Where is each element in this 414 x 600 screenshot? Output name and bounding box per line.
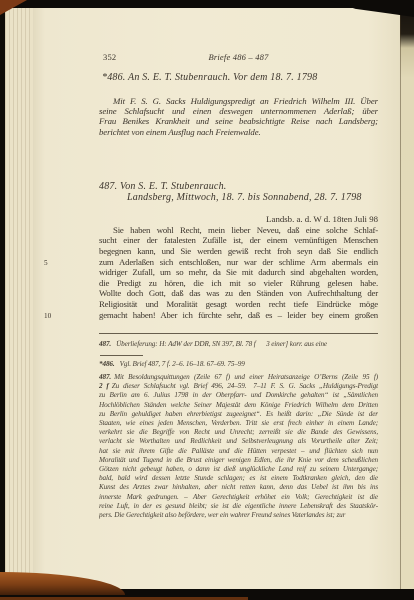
running-head: Briefe 486 – 487 <box>99 52 378 62</box>
commentary-line: hat sie mit ihrem Gifte die Palläste und… <box>99 447 378 456</box>
apparatus-ueberlieferung-text: Überlieferung: H: AdW der DDR, SN 397, B… <box>116 340 327 348</box>
commentary-line: bald, bald wird dessen letzte Stunde sch… <box>99 474 378 483</box>
letter-487-body: Sie haben wohl Recht, mein lieber Neveu,… <box>99 225 378 320</box>
commentary-line-text: Hochlöblichen Ständen welche Seiner Maje… <box>99 401 378 409</box>
page-edge-stack <box>5 7 36 590</box>
body-line: Sie haben wohl Recht, mein lieber Neveu,… <box>99 225 378 236</box>
body-line-text: gemacht haben! Aber ich fürchte sehr, da… <box>99 310 378 320</box>
commentary-line-text: Mit Besoldungsquittungen (Zeile 67 f) un… <box>114 373 378 381</box>
commentary-line-text: Moralität und Tugend in die Brust einige… <box>99 456 378 464</box>
summary-line: Mit F. S. G. Sacks Huldigungspredigt an … <box>99 96 378 106</box>
body-line: Religiosität und Moralität gesagt worden… <box>99 299 378 310</box>
body-line-text: begegnen kann, und Sie werden gewiß rech… <box>99 246 378 256</box>
commentary-line: zu Berlin am 6. Julius 1798 in der Oberp… <box>99 391 378 400</box>
summary-line: seine Schlafsucht und einen deswegen unt… <box>99 106 378 116</box>
summary-line: Frau Benikes Krankheit und seine beabsic… <box>99 116 378 126</box>
commentary-line: reine Luft, in der es gesund bleibt; sie… <box>99 502 378 511</box>
commentary-line: verkehrt sie die Begriffe von Recht und … <box>99 428 378 437</box>
apparatus-ueberlieferung: 487.Überlieferung: H: AdW der DDR, SN 39… <box>99 340 378 349</box>
commentary-line: Moralität und Tugend in die Brust einige… <box>99 456 378 465</box>
body-line: begegnen kann, und Sie werden gewiß rech… <box>99 246 378 257</box>
body-line: die Predigt zu hören, die ich mit so vie… <box>99 278 378 289</box>
commentary-line-text: reine Luft, in der es gesund bleibt; sie… <box>99 502 378 510</box>
commentary-ref: 487. <box>99 373 114 381</box>
apparatus-divider-rule <box>99 333 378 334</box>
apparatus-cross-reference-text: Vgl. Brief 487, 7 f. 2–6. 16–18. 67–69. … <box>120 360 245 368</box>
text-column: 352 Briefe 486 – 487 *486. An S. E. T. S… <box>99 8 378 520</box>
letter-486-heading: *486. An S. E. T. Stubenrauch. Vor dem 1… <box>99 72 378 85</box>
right-page-edge <box>400 8 414 590</box>
body-line-text: Religiosität und Moralität gesagt worden… <box>99 299 378 309</box>
body-line-text: widriger Zufall, um so mehr, da Sie mit … <box>99 267 378 277</box>
line-number: 10 <box>44 311 51 322</box>
commentary-line-text: Zu dieser Schlafsucht vgl. Brief 496, 24… <box>112 382 378 390</box>
commentary-line: pers. Die Gerechtigkeit also befördere, … <box>99 511 378 520</box>
commentary-line: verlacht sie Worthalten und Redlichkeit … <box>99 437 378 446</box>
page-header: 352 Briefe 486 – 487 <box>99 52 378 63</box>
letter-487-heading: 487. Von S. E. T. Stubenrauch. Landsberg… <box>99 181 378 204</box>
commentary-line-text: verkehrt sie die Begriffe von Recht und … <box>99 428 378 436</box>
body-line-text: Wollte doch Gott, daß das was zu den Stä… <box>99 288 378 298</box>
commentary-line-text: innerste Mark gedrungen. – Aber Gerechti… <box>99 493 378 501</box>
letter-487-heading-line1: 487. Von S. E. T. Stubenrauch. <box>99 181 378 193</box>
apparatus-letter-ref: 487. <box>99 340 116 348</box>
commentary-line-text: verlacht sie Worthalten und Redlichkeit … <box>99 437 378 445</box>
body-line-text: die Predigt zu hören, die ich mit so vie… <box>99 278 378 288</box>
letter-487-heading-line2: Landsberg, Mittwoch, 18. 7. bis Sonnaben… <box>99 192 378 204</box>
commentary-line: zu Berlin gehuldiget haben ehrerbietigst… <box>99 410 378 419</box>
body-line: Wollte doch Gott, daß das was zu den Stä… <box>99 288 378 299</box>
commentary-line: innerste Mark gedrungen. – Aber Gerechti… <box>99 493 378 502</box>
book-scan: 352 Briefe 486 – 487 *486. An S. E. T. S… <box>0 0 414 600</box>
commentary-line: Götzen nicht gebeugt haben, o dann ist d… <box>99 465 378 474</box>
commentary-line: Hochlöblichen Ständen welche Seiner Maje… <box>99 401 378 410</box>
commentary-line: 487.Mit Besoldungsquittungen (Zeile 67 f… <box>99 373 378 382</box>
commentary-ref: 2 f <box>99 382 112 390</box>
summary-line: berichtet von einem Ausflug nach Freienw… <box>99 127 378 137</box>
commentary-line: Staaten, wie eines jeden Menschen, Verde… <box>99 419 378 428</box>
letter-486-summary: Mit F. S. G. Sacks Huldigungspredigt an … <box>99 96 378 137</box>
apparatus-letter-ref: *486. <box>99 360 120 368</box>
commentary-line-text: pers. Die Gerechtigkeit also befördere, … <box>99 511 345 519</box>
body-line: widriger Zufall, um so mehr, da Sie mit … <box>99 267 378 278</box>
commentary-line-text: hat sie mit ihrem Gifte die Palläste und… <box>99 447 378 455</box>
book-page: 352 Briefe 486 – 487 *486. An S. E. T. S… <box>33 8 414 590</box>
body-line-text: zum Aderlaßen sich entschloßen, nur war … <box>99 257 378 267</box>
apparatus-section-rule <box>100 355 143 356</box>
commentary-line-text: bald, bald wird dessen letzte Stunde sch… <box>99 474 378 482</box>
commentary-line-text: Staaten, wie eines jeden Menschen, Verde… <box>99 419 378 427</box>
commentary-line-text: Götzen nicht gebeugt haben, o dann ist d… <box>99 465 378 473</box>
commentary-line: Kunst des Arztes zwar hinhalten, aber ni… <box>99 483 378 492</box>
body-line-text: Sie haben wohl Recht, mein lieber Neveu,… <box>113 225 378 235</box>
apparatus-commentary: 487.Mit Besoldungsquittungen (Zeile 67 f… <box>99 373 378 520</box>
letter-487-dateline: Landsb. a. d. W d. 18ten Juli 98 <box>99 214 378 225</box>
page-number: 352 <box>103 52 116 62</box>
line-number: 5 <box>44 258 48 269</box>
body-line: 5zum Aderlaßen sich entschloßen, nur war… <box>99 257 378 268</box>
commentary-line-text: Kunst des Arztes zwar hinhalten, aber ni… <box>99 483 378 491</box>
commentary-line-text: zu Berlin am 6. Julius 1798 in der Oberp… <box>99 391 378 399</box>
body-line-text: sucht einer der fatalesten Zufälle ist, … <box>99 235 378 245</box>
commentary-line: 2 fZu dieser Schlafsucht vgl. Brief 496,… <box>99 382 378 391</box>
commentary-line-text: zu Berlin gehuldiget haben ehrerbietigst… <box>99 410 378 418</box>
body-line: sucht einer der fatalesten Zufälle ist, … <box>99 235 378 246</box>
body-line: 10gemacht haben! Aber ich fürchte sehr, … <box>99 310 378 321</box>
apparatus-cross-reference: *486.Vgl. Brief 487, 7 f. 2–6. 16–18. 67… <box>99 360 378 369</box>
